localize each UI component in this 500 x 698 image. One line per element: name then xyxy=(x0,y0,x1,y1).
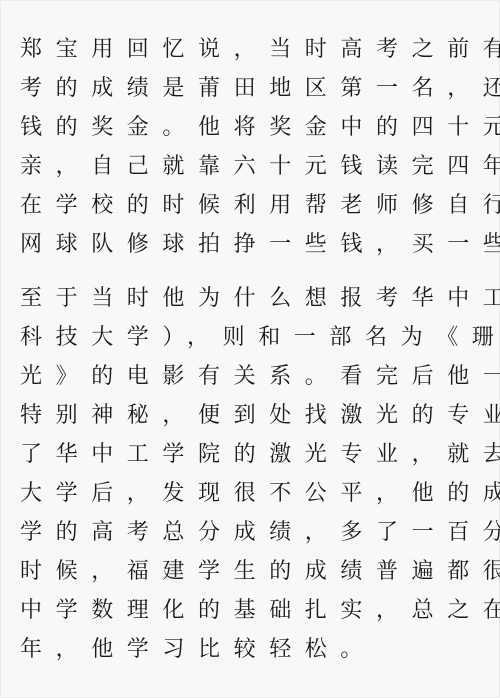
text-line: 中学数理化的基础扎实，总之在大学的几 xyxy=(20,591,490,630)
paragraph-2: 至于当时他为什么想报考华中工学院（华中 科技大学），则和一部名为《珊瑚岛上的死 … xyxy=(20,279,490,669)
text-line: 特别神秘，便到处找激光的专业，后来找到 xyxy=(20,396,490,435)
text-line: 网球队修球拍挣一些钱，买一些书。 xyxy=(20,225,490,264)
text-line: 学的高考总分成绩，多了一百分以上。但那 xyxy=(20,513,490,552)
article-body: 郑宝用回忆说，当时高考之前有统考，他统 考的成绩是莆田地区第一名，还得了一百元 … xyxy=(20,30,490,684)
paragraph-1: 郑宝用回忆说，当时高考之前有统考，他统 考的成绩是莆田地区第一名，还得了一百元 … xyxy=(20,30,490,264)
text-line: 至于当时他为什么想报考华中工学院（华中 xyxy=(20,279,490,318)
text-line: 科技大学），则和一部名为《珊瑚岛上的死 xyxy=(20,318,490,357)
text-line: 在学校的时候利用帮老师修自行车和帮学校 xyxy=(20,186,490,225)
text-line: 亲，自己就靠六十元钱读完四年的大学。他 xyxy=(20,147,490,186)
text-line: 钱的奖金。他将奖金中的四十元钱给了他父 xyxy=(20,108,490,147)
text-line: 年，他学习比较轻松。 xyxy=(20,630,490,669)
text-line: 郑宝用回忆说，当时高考之前有统考，他统 xyxy=(20,30,490,69)
text-line: 了华中工学院的激光专业，就去报考。到了 xyxy=(20,435,490,474)
document-page: 郑宝用回忆说，当时高考之前有统考，他统 考的成绩是莆田地区第一名，还得了一百元 … xyxy=(0,0,500,698)
text-line: 大学后，发现很不公平，他的成绩比班上同 xyxy=(20,474,490,513)
text-line: 时候，福建学生的成绩普遍都很高。由于在 xyxy=(20,552,490,591)
text-line: 考的成绩是莆田地区第一名，还得了一百元 xyxy=(20,69,490,108)
text-line: 光》的电影有关系。看完后他一直觉得激光 xyxy=(20,357,490,396)
